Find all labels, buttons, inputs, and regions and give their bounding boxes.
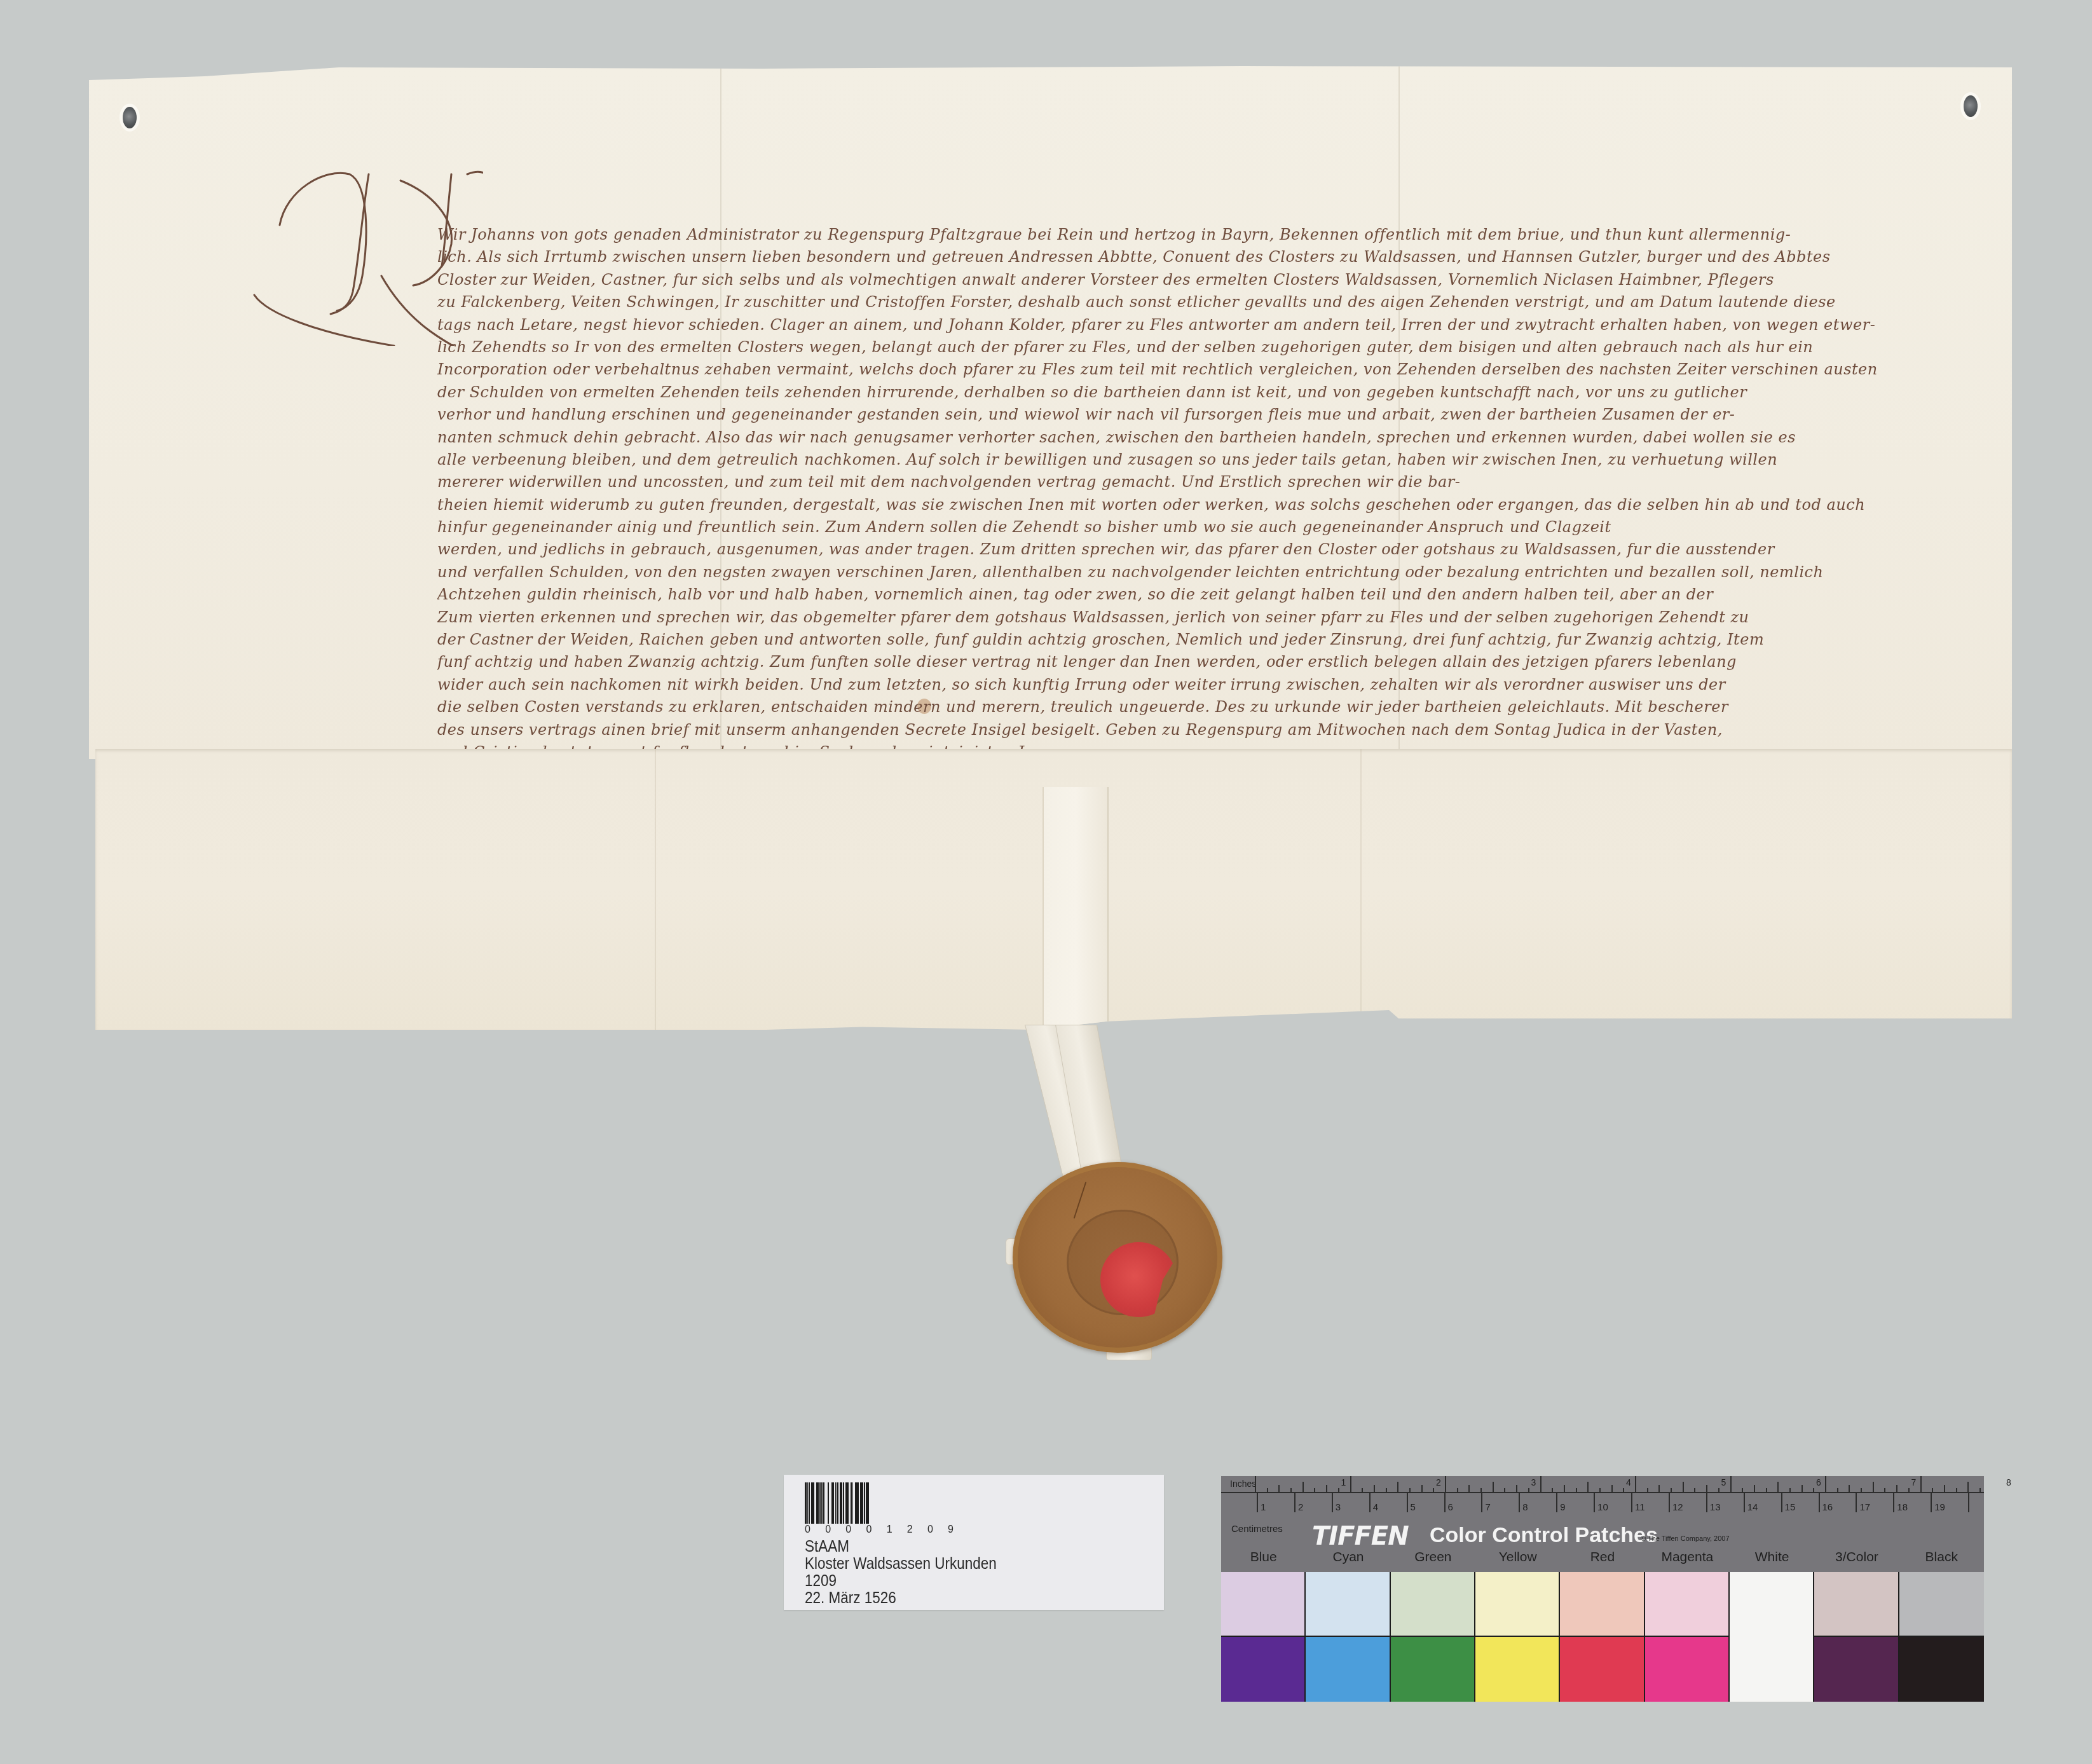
- patch-tint: [1306, 1572, 1389, 1637]
- ruler-tick: [1908, 1488, 1910, 1492]
- cm-tick: [1669, 1493, 1670, 1512]
- patch-tint: [1645, 1572, 1728, 1637]
- ruler-tick: [1409, 1488, 1411, 1492]
- cm-tick: [1481, 1493, 1482, 1512]
- charter-text: Wir Johanns von gots genaden Administrat…: [437, 224, 2027, 763]
- plica-crease: [655, 749, 656, 1030]
- color-patch-black: [1899, 1572, 1984, 1702]
- cm-tick: [1744, 1493, 1745, 1512]
- ruler-tick: [1374, 1485, 1375, 1492]
- charter-text-line: des unsers vertrags ainen brief mit unse…: [437, 719, 2027, 741]
- cm-mark: 9: [1560, 1502, 1565, 1513]
- patch-solid: [1645, 1637, 1728, 1702]
- ruler-tick: [1849, 1485, 1850, 1492]
- ruler-tick: [1362, 1488, 1363, 1492]
- ruler-tick: [1730, 1476, 1732, 1492]
- plica-crease: [1360, 749, 1362, 1030]
- ruler-tick: [1896, 1485, 1897, 1492]
- seal-strap-slot: [1043, 787, 1109, 1030]
- barcode-digit: 0: [825, 1524, 831, 1536]
- plica-fold: [95, 749, 2012, 1030]
- ruler-tick: [1683, 1482, 1684, 1492]
- ruler-tick: [1302, 1482, 1304, 1492]
- inch-mark: 2: [1436, 1477, 1441, 1487]
- cm-mark: 10: [1597, 1502, 1608, 1513]
- cm-tick: [1706, 1493, 1707, 1512]
- ruler-tick: [1861, 1488, 1862, 1492]
- ruler-tick: [1825, 1476, 1826, 1492]
- ruler-tick: [1801, 1485, 1803, 1492]
- cm-mark: 1: [1261, 1502, 1266, 1513]
- cm-mark: 15: [1785, 1502, 1796, 1513]
- charter-text-line: verhor und handlung erschinen und gegene…: [437, 404, 2027, 426]
- patch-tint: [1814, 1572, 1897, 1637]
- cm-tick: [1294, 1493, 1296, 1512]
- patch-tint: [1391, 1572, 1474, 1637]
- charter-text-line: werden, und jedlichs in gebrauch, ausgen…: [437, 538, 2027, 561]
- inch-mark: 4: [1626, 1477, 1631, 1487]
- cm-tick: [1594, 1493, 1595, 1512]
- cm-tick: [1519, 1493, 1520, 1512]
- parchment-charter: Wir Johanns von gots genaden Administrat…: [89, 66, 2012, 759]
- cm-mark: 4: [1373, 1502, 1378, 1513]
- inch-mark: 6: [1816, 1477, 1821, 1487]
- ruler-tick: [1397, 1482, 1398, 1492]
- charter-text-line: der Schulden von ermelten Zehenden teils…: [437, 381, 2027, 404]
- label-archive: StAAM: [805, 1538, 997, 1555]
- ruler-tick: [1326, 1485, 1327, 1492]
- color-patch-red: [1560, 1572, 1644, 1702]
- charter-text-line: lich. Als sich Irrtumb zwischen unsern l…: [437, 246, 2027, 268]
- patch-name: White: [1730, 1550, 1814, 1565]
- ruler-tick: [1873, 1482, 1874, 1492]
- ruler-tick: [1421, 1485, 1423, 1492]
- charter-text-line: wider auch sein nachkomen nit wirkh beid…: [437, 674, 2027, 696]
- cm-mark: 11: [1635, 1502, 1645, 1513]
- barcode-digit: 0: [866, 1524, 872, 1536]
- ruler-tick: [1789, 1488, 1791, 1492]
- charter-text-line: hinfur gegeneinander ainig und freuntlic…: [437, 516, 2027, 538]
- ruler-tick: [1694, 1488, 1695, 1492]
- card-copyright: © The Tiffen Company, 2007: [1641, 1535, 1730, 1543]
- seal-crack: [1074, 1182, 1086, 1219]
- cm-mark: 12: [1672, 1502, 1683, 1513]
- cm-tick: [1856, 1493, 1857, 1512]
- inch-mark: 7: [1911, 1477, 1917, 1487]
- inch-mark: 8: [2006, 1477, 2011, 1487]
- patch-solid: [1306, 1637, 1389, 1702]
- ruler-tick: [1944, 1485, 1945, 1492]
- cm-mark: 6: [1448, 1502, 1453, 1513]
- cm-mark: 17: [1859, 1502, 1870, 1513]
- inch-mark: 1: [1341, 1477, 1346, 1487]
- ruler-tick: [1338, 1488, 1339, 1492]
- ruler-tick: [1967, 1482, 1969, 1492]
- ruler-tick: [1920, 1476, 1922, 1492]
- label-number: 1209: [805, 1573, 997, 1590]
- patch-tint: [1560, 1572, 1643, 1637]
- charter-text-line: Zum vierten erkennen und sprechen wir, d…: [437, 606, 2027, 629]
- ruler-tick: [1718, 1488, 1719, 1492]
- ruler-tick: [1445, 1476, 1446, 1492]
- color-patches: [1221, 1572, 1984, 1702]
- ruler-centimetres: 12345678910111213141516171819: [1221, 1493, 1984, 1517]
- cm-mark: 19: [1934, 1502, 1945, 1513]
- charter-text-line: lich Zehendts so Ir von des ermelten Clo…: [437, 336, 2027, 359]
- patch-names: BlueCyanGreenYellowRedMagentaWhite3/Colo…: [1221, 1550, 1984, 1565]
- cm-tick: [1556, 1493, 1557, 1512]
- ruler-tick: [1956, 1488, 1957, 1492]
- cm-mark: 3: [1336, 1502, 1341, 1513]
- patch-solid: [1475, 1637, 1559, 1702]
- ruler-tick: [1468, 1485, 1470, 1492]
- cm-tick: [1369, 1493, 1371, 1512]
- ruler-tick: [1540, 1476, 1542, 1492]
- barcode-digit: 1: [887, 1524, 892, 1536]
- charter-text-line: der Castner der Weiden, Raichen geben un…: [437, 629, 2027, 651]
- barcode-digit: 9: [948, 1524, 954, 1536]
- ruler-tick: [1837, 1488, 1838, 1492]
- ruler-tick: [1576, 1488, 1577, 1492]
- ruler-tick: [1255, 1476, 1256, 1492]
- cm-tick: [1631, 1493, 1632, 1512]
- inch-mark: 3: [1531, 1477, 1536, 1487]
- patch-tint: [1899, 1572, 1984, 1637]
- patch-name: 3/Color: [1814, 1550, 1899, 1565]
- cm-mark: 2: [1298, 1502, 1303, 1513]
- charter-text-line: theien hiemit widerumb zu guten freunden…: [437, 494, 2027, 516]
- seal-red-impression: [1100, 1242, 1177, 1317]
- cm-mark: 16: [1822, 1502, 1833, 1513]
- color-patch-3-color: [1814, 1572, 1899, 1702]
- patch-solid: [1730, 1636, 1813, 1702]
- charter-text-line: zu Falckenberg, Veiten Schwingen, Ir zus…: [437, 291, 2027, 313]
- wax-seal: [1013, 1162, 1222, 1353]
- ruler-tick: [1386, 1488, 1387, 1492]
- charter-text-line: Wir Johanns von gots genaden Administrat…: [437, 224, 2027, 246]
- ruler-tick: [1647, 1488, 1648, 1492]
- label-text: StAAM Kloster Waldsassen Urkunden 1209 2…: [805, 1538, 997, 1607]
- ruler-tick: [1813, 1488, 1814, 1492]
- barcode-digit: 2: [907, 1524, 913, 1536]
- cm-tick: [1931, 1493, 1932, 1512]
- ruler-cm-label: Centimetres: [1231, 1524, 1283, 1535]
- label-date: 22. März 1526: [805, 1590, 997, 1607]
- patch-name: Red: [1560, 1550, 1644, 1565]
- cm-tick: [1819, 1493, 1820, 1512]
- cm-tick: [1968, 1493, 1969, 1512]
- cm-tick: [1407, 1493, 1408, 1512]
- ruler-tick: [1742, 1488, 1743, 1492]
- patch-tint: [1221, 1572, 1304, 1637]
- charter-text-line: die selben Costen verstands zu erklaren,…: [437, 696, 2027, 718]
- ruler-tick: [1884, 1488, 1885, 1492]
- ruler-tick: [1290, 1488, 1292, 1492]
- barcode: [805, 1482, 954, 1524]
- mounting-pin-right: [1964, 95, 1978, 117]
- ruler-tick: [1706, 1485, 1707, 1492]
- cm-mark: 7: [1485, 1502, 1490, 1513]
- ruler-tick: [1766, 1488, 1767, 1492]
- ruler-tick: [1777, 1482, 1779, 1492]
- color-patch-yellow: [1475, 1572, 1560, 1702]
- archive-label: 00001209 StAAM Kloster Waldsassen Urkund…: [784, 1475, 1164, 1610]
- ruler-tick: [1599, 1488, 1601, 1492]
- mounting-pin-left: [123, 107, 137, 128]
- cm-tick: [1781, 1493, 1782, 1512]
- cm-mark: 13: [1710, 1502, 1721, 1513]
- patch-tint: [1730, 1572, 1813, 1636]
- charter-text-line: funf achtzig und haben Zwanzig achtzig. …: [437, 651, 2027, 673]
- card-title: Color Control Patches: [1430, 1523, 1658, 1548]
- cm-mark: 5: [1411, 1502, 1416, 1513]
- charter-text-line: Incorporation oder verbehaltnus zehaben …: [437, 359, 2027, 381]
- barcode-digit: 0: [845, 1524, 851, 1536]
- barcode-digit: 0: [805, 1524, 810, 1536]
- ruler-tick: [1671, 1488, 1672, 1492]
- ruler-tick: [1516, 1485, 1517, 1492]
- ruler-tick: [1278, 1485, 1280, 1492]
- cm-tick: [1893, 1493, 1894, 1512]
- ruler-tick: [1932, 1488, 1933, 1492]
- ruler-tick: [1350, 1476, 1351, 1492]
- color-patch-green: [1391, 1572, 1475, 1702]
- ruler-tick: [1528, 1488, 1529, 1492]
- patch-name: Yellow: [1475, 1550, 1560, 1565]
- patch-solid: [1560, 1637, 1643, 1702]
- ruler-tick: [1754, 1485, 1755, 1492]
- barcode-digits: 00001209: [805, 1524, 954, 1536]
- ruler-tick: [1457, 1488, 1458, 1492]
- charter-text-line: und verfallen Schulden, von den negsten …: [437, 561, 2027, 584]
- patch-name: Blue: [1221, 1550, 1306, 1565]
- label-collection: Kloster Waldsassen Urkunden: [805, 1555, 997, 1573]
- ruler-tick: [1658, 1485, 1660, 1492]
- charter-text-line: tags nach Letare, negst hievor schieden.…: [437, 314, 2027, 336]
- charter-text-line: Achtzehen guldin rheinisch, halb vor und…: [437, 584, 2027, 606]
- inch-mark: 5: [1721, 1477, 1726, 1487]
- tiffen-logo: TIFFEN: [1312, 1522, 1409, 1551]
- cm-tick: [1444, 1493, 1446, 1512]
- ruler-tick: [1267, 1488, 1268, 1492]
- ruler-tick: [1564, 1485, 1565, 1492]
- ruler-tick: [1493, 1482, 1494, 1492]
- patch-name: Cyan: [1306, 1550, 1390, 1565]
- color-patch-cyan: [1306, 1572, 1390, 1702]
- ruler-inches: Inches 12345678: [1221, 1476, 1984, 1493]
- ruler-tick: [1587, 1482, 1589, 1492]
- patch-name: Green: [1391, 1550, 1475, 1565]
- cm-mark: 18: [1897, 1502, 1908, 1513]
- ruler-tick: [1480, 1488, 1482, 1492]
- cm-mark: 8: [1522, 1502, 1528, 1513]
- cm-mark: 14: [1747, 1502, 1758, 1513]
- ruler-tick: [1552, 1488, 1553, 1492]
- color-patch-blue: [1221, 1572, 1306, 1702]
- cm-tick: [1257, 1493, 1258, 1512]
- barcode-bar: [866, 1482, 869, 1524]
- ruler-tick: [1314, 1488, 1315, 1492]
- ruler-tick: [1623, 1488, 1624, 1492]
- charter-text-line: Closter zur Weiden, Castner, fur sich se…: [437, 269, 2027, 291]
- patch-solid: [1814, 1637, 1897, 1702]
- ruler-tick: [1504, 1488, 1505, 1492]
- ruler-tick: [1611, 1485, 1613, 1492]
- color-patch-magenta: [1645, 1572, 1730, 1702]
- charter-text-line: alle verbeenung bleiben, und dem getreul…: [437, 449, 2027, 471]
- patch-solid: [1899, 1637, 1984, 1702]
- charter-text-line: nanten schmuck dehin gebracht. Also das …: [437, 427, 2027, 449]
- ruler-tick: [1635, 1476, 1636, 1492]
- cm-tick: [1332, 1493, 1333, 1512]
- tiffen-color-card: Inches 12345678 123456789101112131415161…: [1221, 1476, 1984, 1702]
- patch-solid: [1391, 1637, 1474, 1702]
- ruler-inches-label: Inches: [1230, 1479, 1256, 1489]
- patch-tint: [1475, 1572, 1559, 1637]
- patch-solid: [1221, 1637, 1304, 1702]
- barcode-digit: 0: [927, 1524, 933, 1536]
- patch-name: Magenta: [1645, 1550, 1730, 1565]
- patch-name: Black: [1899, 1550, 1984, 1565]
- color-patch-white: [1730, 1572, 1814, 1702]
- charter-text-line: mererer widerwillen und uncossten, und z…: [437, 471, 2027, 493]
- ruler-tick: [1979, 1488, 1981, 1492]
- ruler-tick: [1433, 1488, 1434, 1492]
- seal-inner-ring: [1067, 1210, 1179, 1315]
